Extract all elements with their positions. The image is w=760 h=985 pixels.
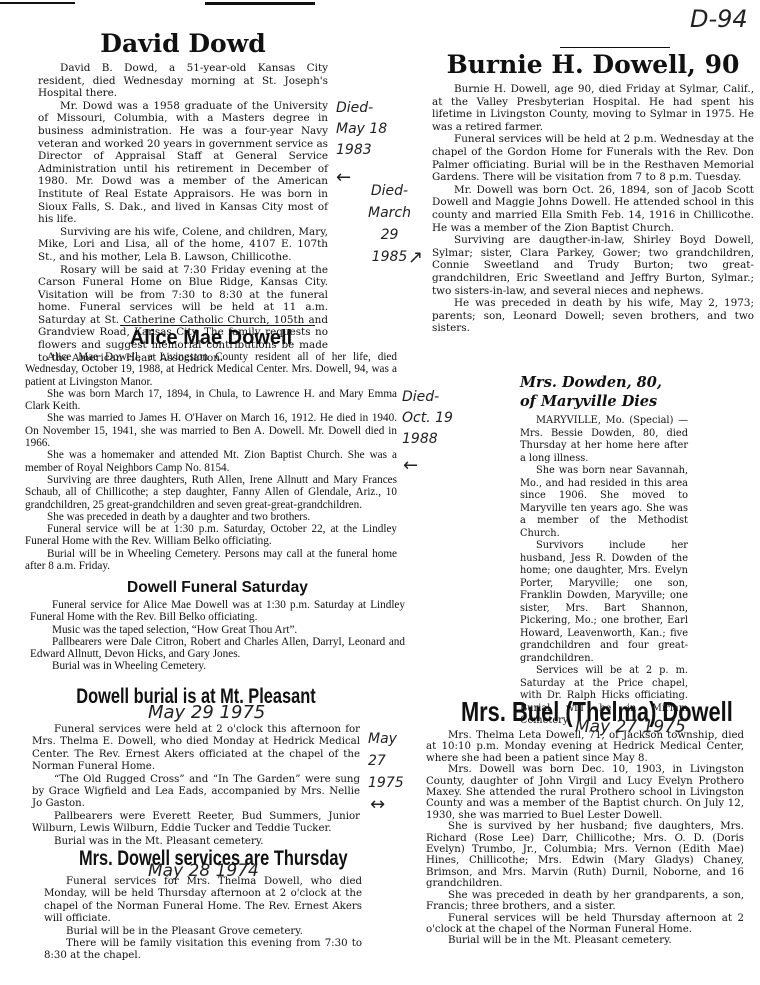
paragraph: Funeral services for Mrs. Thelma Dowell,… bbox=[44, 876, 362, 926]
paragraph: She was born March 17, 1894, in Chula, t… bbox=[25, 388, 397, 413]
clipping-edge-rule bbox=[205, 2, 315, 5]
obituary-mrs-dowden: Mrs. Dowden, 80, of Maryville Dies MARYV… bbox=[520, 373, 688, 728]
obituary-title-line2: of Maryville Dies bbox=[520, 392, 688, 411]
handwritten-note-burnie-dowell: Died- March 29 1985 bbox=[368, 180, 411, 268]
page-label: D-94 bbox=[690, 6, 748, 34]
paragraph: Survivors include her husband, Jess R. D… bbox=[520, 540, 688, 665]
obituary-body: Alice Mae Dowell, a Livingston County re… bbox=[25, 351, 397, 572]
arrow-left-icon: ← bbox=[336, 168, 351, 189]
paragraph: Burial will be in Wheeling Cemetery. Per… bbox=[25, 548, 397, 573]
paragraph: Burial will be in the Mt. Pleasant cemet… bbox=[426, 935, 744, 946]
paragraph: Pallbearers were Dale Citron, Robert and… bbox=[30, 636, 405, 661]
paragraph: She was born near Savannah, Mo., and had… bbox=[520, 465, 688, 540]
paragraph: He was preceded in death by his wife, Ma… bbox=[432, 297, 754, 335]
obituary-body: Burnie H. Dowell, age 90, died Friday at… bbox=[432, 83, 754, 335]
obituary-burnie-dowell: Burnie H. Dowell, 90 Burnie H. Dowell, a… bbox=[432, 48, 754, 335]
paragraph: Funeral services were held at 2 o'clock … bbox=[32, 724, 360, 774]
paragraph: Funeral services will be held at 2 p.m. … bbox=[432, 133, 754, 183]
paragraph: Surviving are his wife, Colene, and chil… bbox=[38, 226, 328, 264]
obituary-title: Burnie H. Dowell, 90 bbox=[432, 48, 754, 82]
paragraph: Music was the taped selection, “How Grea… bbox=[30, 624, 405, 636]
paragraph: Surviving are daugther-in-law, Shirley B… bbox=[432, 234, 754, 297]
paragraph: She was a homemaker and attended Mt. Zio… bbox=[25, 449, 397, 474]
obituary-body: David B. Dowd, a 51-year-old Kansas City… bbox=[38, 62, 328, 364]
notice-title: Dowell Funeral Saturday bbox=[30, 578, 405, 598]
handwritten-note-alice-mae-dowell: Died- Oct. 19 1988 bbox=[402, 387, 453, 450]
paragraph: “The Old Rugged Cross” and “In The Garde… bbox=[32, 774, 360, 811]
paragraph: She was married to James H. O'Haver on M… bbox=[25, 412, 397, 449]
paragraph: She is survived by her husband; five dau… bbox=[426, 821, 744, 889]
clipping-edge-rule bbox=[0, 2, 75, 4]
handwritten-note-david-dowd: Died- May 18 1983 bbox=[336, 98, 387, 161]
paragraph: Alice Mae Dowell, a Livingston County re… bbox=[25, 351, 397, 388]
paragraph: Funeral service will be at 1:30 p.m. Sat… bbox=[25, 523, 397, 548]
notice-body: Funeral services were held at 2 o'clock … bbox=[32, 724, 360, 848]
paragraph: David B. Dowd, a 51-year-old Kansas City… bbox=[38, 62, 328, 100]
paragraph: She was preceded in death by her grandpa… bbox=[426, 890, 744, 913]
obituary-body: MARYVILLE, Mo. (Special) — Mrs. Bessie D… bbox=[520, 415, 688, 728]
handwritten-note-thelma-side: May 27 1975 bbox=[368, 728, 404, 794]
paragraph: There will be family visitation this eve… bbox=[44, 938, 362, 963]
paragraph: Mr. Dowell was born Oct. 26, 1894, son o… bbox=[432, 184, 754, 234]
paragraph: Funeral service for Alice Mae Dowell was… bbox=[30, 599, 405, 624]
handwritten-date-mt-pleasant: May 29 1975 bbox=[148, 703, 265, 724]
arrow-left-right-icon: ↔ bbox=[370, 795, 385, 816]
paragraph: Pallbearers were Everett Reeter, Bud Sum… bbox=[32, 811, 360, 836]
handwritten-date-services-thursday: May 28 1974 bbox=[148, 862, 259, 882]
paragraph: Burial was in Wheeling Cemetery. bbox=[30, 660, 405, 672]
notice-body: Funeral services for Mrs. Thelma Dowell,… bbox=[44, 876, 362, 963]
paragraph: Mrs. Dowell was born Dec. 10, 1903, in L… bbox=[426, 764, 744, 821]
notice-dowell-funeral-saturday: Dowell Funeral Saturday Funeral service … bbox=[30, 578, 405, 673]
obituary-alice-mae-dowell: Alice Mae Dowell Alice Mae Dowell, a Liv… bbox=[25, 326, 397, 572]
notice-body: Funeral service for Alice Mae Dowell was… bbox=[30, 599, 405, 673]
paragraph: She was preceded in death by a daughter … bbox=[25, 511, 397, 523]
arrow-left-icon: ← bbox=[403, 456, 418, 477]
paragraph: Surviving are three daughters, Ruth Alle… bbox=[25, 474, 397, 511]
paragraph: MARYVILLE, Mo. (Special) — Mrs. Bessie D… bbox=[520, 415, 688, 465]
paragraph: Funeral services will be held Thursday a… bbox=[426, 913, 744, 936]
paragraph: Burial will be in the Pleasant Grove cem… bbox=[44, 926, 362, 938]
obituary-title: Alice Mae Dowell bbox=[25, 326, 397, 350]
arrow-up-right-icon: ↗ bbox=[408, 248, 423, 269]
obituary-title: David Dowd bbox=[38, 28, 328, 60]
obituary-title-line1: Mrs. Dowden, 80, bbox=[520, 373, 688, 392]
obituary-david-dowd: David Dowd David B. Dowd, a 51-year-old … bbox=[38, 28, 328, 364]
handwritten-date-buel-title: May 27 1975 bbox=[575, 718, 686, 738]
paragraph: Mr. Dowd was a 1958 graduate of the Univ… bbox=[38, 100, 328, 226]
obituary-body: Mrs. Thelma Leta Dowell, 71, of Jackson … bbox=[426, 730, 744, 947]
paragraph: Burnie H. Dowell, age 90, died Friday at… bbox=[432, 83, 754, 133]
